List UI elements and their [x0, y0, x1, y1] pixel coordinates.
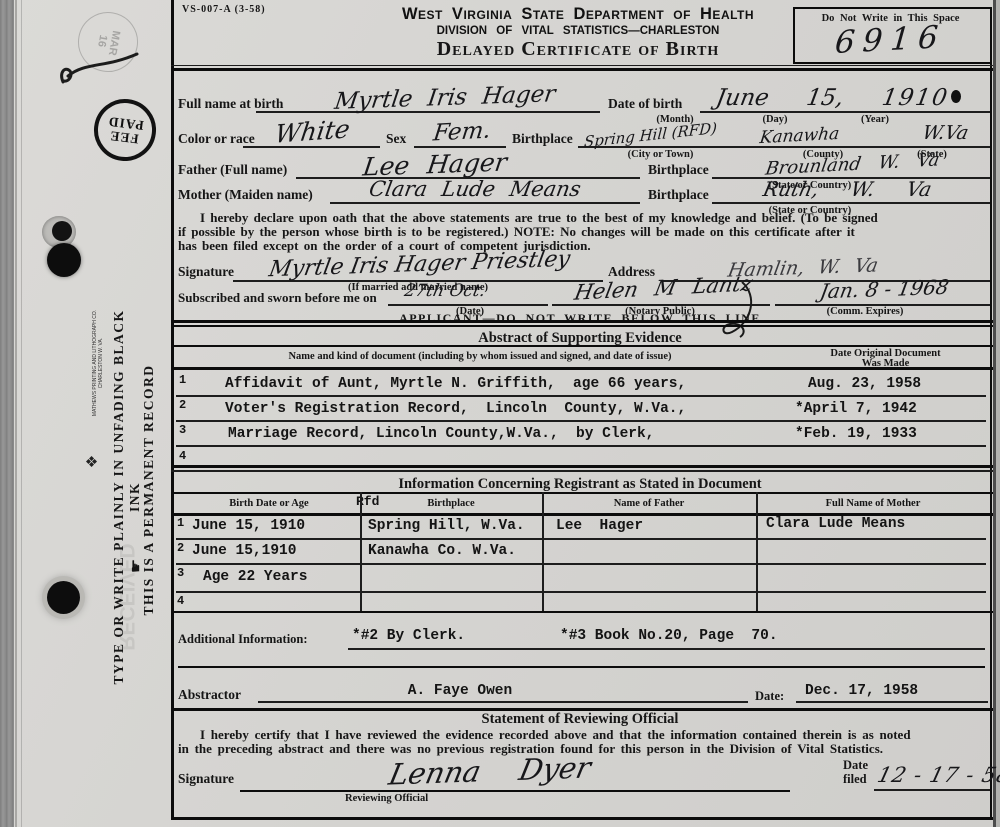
date-filed-label2: filed	[843, 772, 867, 787]
rule	[171, 470, 993, 472]
underline	[700, 111, 990, 113]
mother-birthplace-label: Birthplace	[648, 187, 709, 203]
form-border-left	[171, 0, 174, 820]
dob-month-value: June	[693, 85, 793, 111]
additional-info-value1: *#2 By Clerk.	[352, 628, 465, 644]
registrant-row-number: 1	[177, 516, 184, 530]
dept-title: West Virginia State Department of Health	[278, 5, 878, 24]
date-filed-value: 12 - 17 - 58	[875, 763, 993, 787]
evidence-row-number: 4	[179, 449, 186, 463]
underline	[176, 538, 986, 540]
column-divider	[542, 492, 544, 612]
signature-label: Signature	[178, 264, 234, 280]
underline	[796, 701, 988, 703]
rule	[171, 611, 993, 613]
underline	[258, 701, 748, 703]
applicant-note: APPLICANT—DO NOT WRITE BELOW THIS LINE	[330, 311, 830, 326]
rule	[171, 465, 993, 468]
registrant-father: Lee Hager	[556, 518, 643, 534]
sworn-date-value: 27th Oct.	[383, 281, 507, 301]
abstractor-value: A. Faye Owen	[370, 683, 550, 699]
paper-fold-line	[21, 0, 22, 827]
underline	[348, 648, 985, 650]
dob-day-sub: (Day)	[740, 114, 810, 125]
dob-day-value: 15,	[793, 85, 858, 111]
col-header-birthplace: Birthplace	[362, 498, 540, 509]
col-header-father: Name of Father	[544, 498, 754, 509]
column-divider	[360, 492, 362, 612]
punch-hole-upper-ink	[52, 221, 72, 241]
registrant-row-number: 4	[177, 594, 184, 608]
registrant-birthplace: Kanawha Co. W.Va.	[368, 543, 516, 559]
rule	[171, 492, 993, 494]
fee-paid-stamp: FEE PAID	[90, 95, 159, 164]
full-name-label: Full name at birth	[178, 96, 283, 112]
underline	[176, 420, 986, 422]
rule	[171, 65, 993, 66]
registrant-row-number: 2	[177, 541, 184, 555]
abstractor-label: Abstractor	[178, 687, 241, 703]
underline	[176, 395, 986, 397]
scanner-edge-right	[996, 0, 1000, 827]
fee-stamp-word-paid: PAID	[107, 114, 144, 132]
evidence-row-date: Aug. 23, 1958	[808, 376, 921, 392]
rule	[171, 320, 993, 323]
father-birthplace-label: Birthplace	[648, 162, 709, 178]
evidence-row-date: *April 7, 1942	[795, 401, 917, 417]
scanned-certificate: MAR 16 FEE PAID TYPE OR WRITE PLAINLY IN…	[0, 0, 1000, 827]
rule	[171, 68, 993, 71]
birthplace-state-value: W.Va	[901, 122, 991, 144]
punch-hole-bottom	[47, 581, 80, 614]
rule	[171, 367, 993, 370]
ink-blot	[951, 90, 961, 103]
printer-credit: MATHEWS PRINTING AND LITHOGRAPH CO. CHAR…	[92, 298, 104, 428]
evidence-row-text: Voter's Registration Record, Lincoln Cou…	[225, 401, 686, 417]
sworn-label: Subscribed and sworn before me on	[178, 290, 377, 306]
abstract-date-label: Date:	[755, 689, 784, 704]
sex-label: Sex	[386, 131, 406, 147]
evidence-row-date: *Feb. 19, 1933	[795, 426, 917, 442]
underline	[712, 202, 990, 204]
registrant-birth: June 15,1910	[192, 543, 296, 559]
mother-value: Clara Lude Means	[333, 177, 617, 201]
pen-check-mark	[55, 42, 143, 88]
certificate-title: Delayed Certificate of Birth	[318, 38, 838, 61]
rule	[171, 345, 993, 347]
division-subtitle: DIVISION OF VITAL STATISTICS—CHARLESTON	[328, 25, 828, 37]
punch-hole-lower	[47, 243, 81, 277]
scanner-edge-left	[0, 0, 14, 827]
margin-note-permanent: THIS IS A PERMANENT RECORD	[141, 320, 157, 660]
reviewing-section-title: Statement of Reviewing Official	[380, 711, 780, 728]
union-bug-icon: ❖	[83, 455, 102, 468]
col-header-mother: Full Name of Mother	[758, 498, 988, 509]
registrant-section-title: Information Concerning Registrant as Sta…	[330, 476, 830, 493]
underline	[330, 202, 640, 204]
registrant-row-number: 3	[177, 566, 184, 580]
ghost-received-stamp: RECEIVED	[114, 537, 138, 657]
evidence-row-number: 1	[179, 373, 186, 387]
underline	[176, 591, 986, 593]
sex-value: Fem.	[416, 117, 507, 148]
mother-label: Mother (Maiden name)	[178, 187, 313, 203]
paper-edge-left	[15, 0, 17, 827]
rule	[171, 325, 993, 327]
mother-birthplace-value: Ruth, W. Va	[712, 177, 982, 201]
registrant-birth: June 15, 1910	[192, 518, 305, 534]
registrant-birthplace: Spring Hill, W.Va.	[368, 518, 525, 534]
abstract-date-value: Dec. 17, 1958	[805, 683, 918, 699]
registrant-mother: Clara Lude Means	[766, 516, 905, 532]
column-divider	[756, 492, 758, 612]
evidence-row-number: 3	[179, 423, 186, 437]
col-header-birth-date: Birth Date or Age	[180, 498, 358, 509]
reviewing-official-sub: Reviewing Official	[345, 793, 428, 804]
underline	[874, 789, 990, 791]
rule	[178, 666, 985, 668]
date-filed-label: Date	[843, 758, 868, 773]
form-border-bottom	[171, 817, 993, 820]
dob-label: Date of birth	[608, 96, 682, 112]
underline	[176, 445, 986, 447]
registrant-birth: Age 22 Years	[203, 569, 307, 585]
evidence-col1-header: Name and kind of document (including by …	[200, 351, 760, 362]
additional-info-value2: *#3 Book No.20, Page 70.	[560, 628, 778, 644]
underline	[176, 563, 986, 565]
reviewing-signature-label: Signature	[178, 771, 234, 787]
evidence-row-text: Marriage Record, Lincoln County,W.Va., b…	[228, 426, 654, 442]
evidence-row-number: 2	[179, 398, 186, 412]
father-label: Father (Full name)	[178, 162, 287, 178]
form-border-right	[990, 64, 992, 820]
evidence-row-text: Affidavit of Aunt, Myrtle N. Griffith, a…	[225, 376, 686, 392]
birthplace-city-sub: (City or Town)	[613, 149, 708, 160]
additional-info-label: Additional Information:	[178, 632, 308, 647]
form-number: VS-007-A (3-58)	[182, 4, 266, 15]
